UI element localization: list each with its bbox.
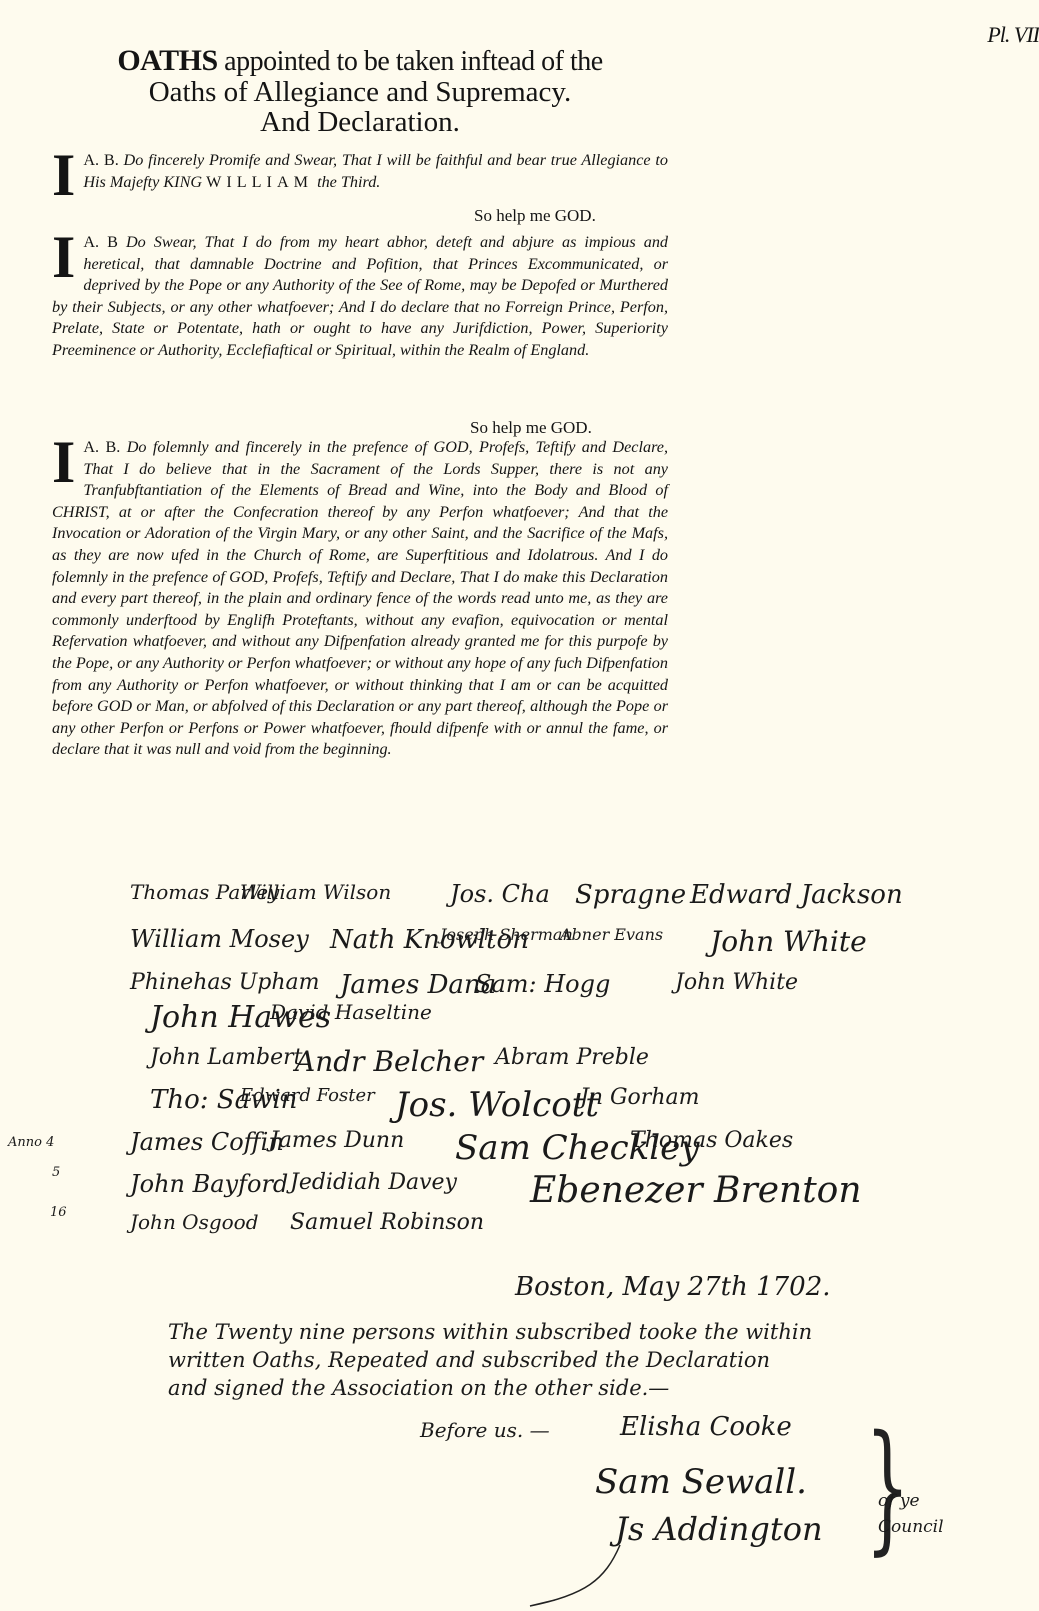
drop-cap: I — [52, 234, 75, 280]
signature: Jos. Cha — [450, 880, 550, 908]
official-signature: Js Addington — [615, 1510, 823, 1548]
signature: Abram Preble — [495, 1045, 649, 1070]
oath-prefix: A. B — [83, 233, 118, 251]
title-line2: Oaths of Allegiance and Supremacy. — [40, 77, 680, 107]
signature-row: John HawesDavid Haseltine — [130, 1000, 970, 1040]
signature: John White — [675, 970, 798, 995]
margin-note: Anno 4 — [8, 1135, 54, 1150]
oath-closing: So help me GOD. — [474, 206, 596, 226]
signature-row: James CoffinJames DunnSam CheckleyThomas… — [130, 1128, 970, 1168]
signature: Andr Belcher — [295, 1045, 483, 1078]
official-signature: Elisha Cooke — [620, 1412, 792, 1442]
place-date: Boston, May 27th 1702. — [515, 1272, 831, 1302]
margin-note: 5 — [52, 1165, 60, 1180]
title-line1: appointed to be taken inftead of the — [218, 46, 603, 77]
signature: Jos. Wolcott — [395, 1085, 599, 1125]
statement-line: The Twenty nine persons within subscribe… — [168, 1318, 812, 1346]
signature-row: William MoseyNath KnowltonJoseph Sherman… — [130, 925, 970, 965]
signature: Edward Foster — [240, 1085, 375, 1106]
plate-label: Pl. VII — [987, 22, 1039, 48]
oath-prefix: A. B. — [83, 151, 118, 169]
signature: William Wilson — [240, 880, 391, 904]
signature-row: Thomas ParleyWilliam WilsonJos. ChaSprag… — [130, 880, 970, 920]
signature: John Osgood — [130, 1210, 259, 1234]
flourish — [525, 1540, 625, 1610]
signature: Ebenezer Brenton — [530, 1170, 862, 1211]
signature-row: John OsgoodSamuel Robinson — [130, 1210, 970, 1250]
signature-row: Tho: SawinEdward FosterJos. WolcottJn Go… — [130, 1085, 970, 1125]
oath-supremacy: I A. B Do Swear, That I do from my heart… — [52, 232, 668, 362]
oath-emphasis: WILLIAM — [206, 173, 313, 191]
oath-text: Do folemnly and fincerely in the prefenc… — [52, 438, 668, 758]
margin-note: 16 — [50, 1205, 67, 1220]
title-line3: And Declaration. — [40, 107, 680, 137]
signature: James Coffin — [130, 1128, 284, 1156]
drop-cap: I — [52, 152, 75, 198]
oath-text-after: the Third. — [317, 173, 380, 191]
oath-allegiance: I A. B. Do fincerely Promife and Swear, … — [52, 150, 668, 198]
council-note: of ye Council — [878, 1488, 948, 1540]
statement-line: written Oaths, Repeated and subscribed t… — [168, 1346, 812, 1374]
drop-cap: I — [52, 439, 75, 485]
statement-line: and signed the Association on the other … — [168, 1374, 812, 1402]
signature: Jn Gorham — [580, 1085, 699, 1110]
declaration: I A. B. Do folemnly and fincerely in the… — [52, 437, 668, 761]
attestation-statement: The Twenty nine persons within subscribe… — [168, 1318, 812, 1402]
signature: James Dana — [340, 970, 496, 1000]
signature-row: John LambertAndr BelcherAbram Preble — [130, 1045, 970, 1085]
signature: Samuel Robinson — [290, 1210, 484, 1235]
oath-closing: So help me GOD. — [470, 418, 592, 438]
signature: John White — [710, 925, 867, 958]
signature: Sam: Hogg — [475, 970, 610, 998]
signature: William Mosey — [130, 925, 309, 953]
signature: John Lambert — [150, 1045, 302, 1070]
official-signature: Sam Sewall. — [595, 1462, 807, 1502]
signature: Abner Evans — [560, 925, 663, 944]
signature: Edward Jackson — [690, 880, 903, 910]
signature: Joseph Sherman — [440, 925, 573, 944]
before-us: Before us. — — [420, 1418, 550, 1442]
signature: James Dunn — [270, 1128, 404, 1153]
signature: Thomas Oakes — [630, 1128, 793, 1153]
title-oaths: OATHS — [117, 44, 217, 77]
signature: John Bayford — [130, 1170, 288, 1198]
signature: Spragne — [575, 880, 686, 910]
signature: Phinehas Upham — [130, 970, 320, 995]
oath-prefix: A. B. — [83, 438, 120, 456]
signature: David Haseltine — [270, 1000, 432, 1024]
signature: Jedidiah Davey — [290, 1170, 457, 1195]
oath-text: Do Swear, That I do from my heart abhor,… — [52, 233, 668, 359]
signature-row: John BayfordJedidiah DaveyEbenezer Brent… — [130, 1170, 970, 1210]
document-title: OATHS appointed to be taken inftead of t… — [40, 46, 680, 137]
